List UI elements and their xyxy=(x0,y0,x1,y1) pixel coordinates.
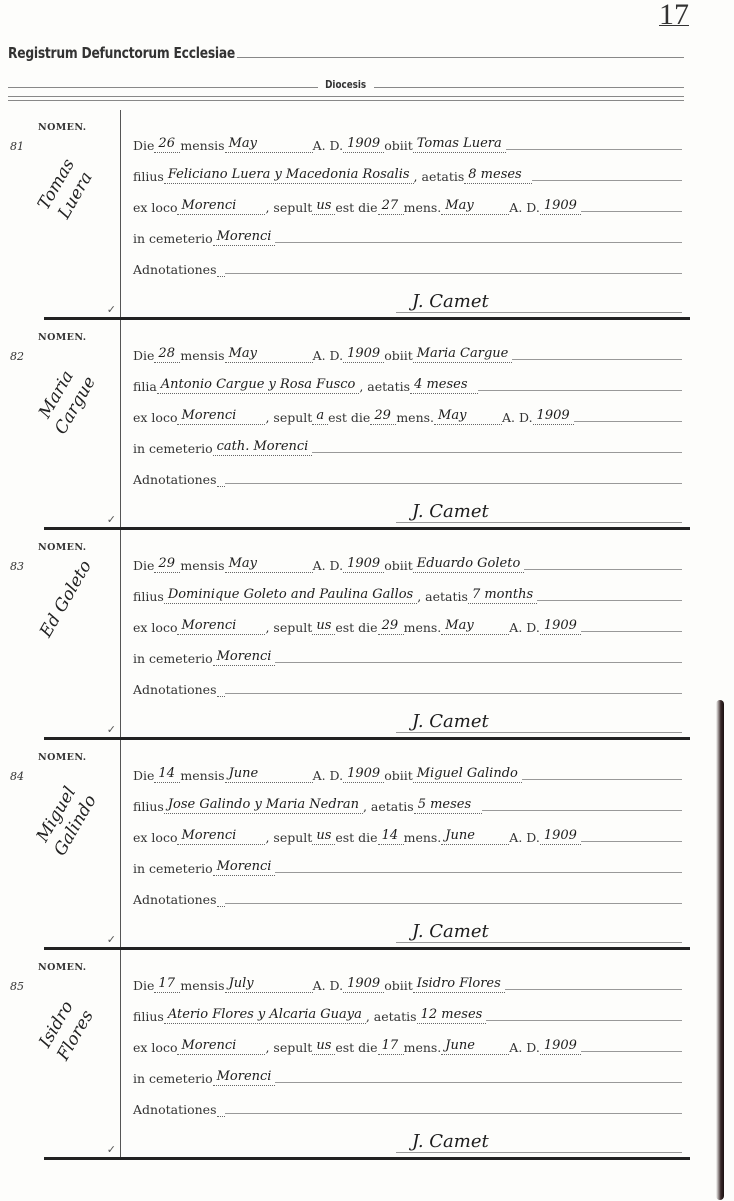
filius-label: filia xyxy=(133,379,157,394)
cemetery-line: in cemeterio Morenci xyxy=(133,635,682,666)
cemetery-line: in cemeterio Morenci xyxy=(133,1055,682,1086)
filius-label: filius xyxy=(133,1009,164,1024)
die-label: Die xyxy=(133,348,154,363)
check-mark-icon: ✓ xyxy=(107,513,116,526)
priest-signature: J. Camet xyxy=(396,711,682,733)
death-year: 1909 xyxy=(343,976,384,993)
est-die-label: est die xyxy=(335,1040,377,1055)
record-fields: Die 28 mensis May A. D. 1909 obiit Maria… xyxy=(133,332,682,523)
sepult-label: , sepult xyxy=(265,1040,312,1055)
parents-names: Aterio Flores y Alcaria Guaya xyxy=(164,1007,366,1024)
death-date-line: Die 17 mensis July A. D. 1909 obiit Isid… xyxy=(133,962,682,993)
burial-day: 29 xyxy=(370,408,396,425)
adnotationes-label: Adnotationes xyxy=(133,472,217,487)
aetatis-label: , aetatis xyxy=(363,799,414,814)
death-day: 28 xyxy=(154,346,180,363)
age: 5 meses xyxy=(414,797,482,814)
name-column: NOMEN. 83 Ed Goleto ✓ xyxy=(8,530,121,740)
obiit-label: obiit xyxy=(384,348,413,363)
annotations-line: Adnotationes xyxy=(133,876,682,907)
page-number: 17 xyxy=(659,0,689,32)
signature-row: J. Camet xyxy=(133,487,682,523)
cemeterio-label: in cemeterio xyxy=(133,231,213,246)
burial-ad-label: A. D. xyxy=(509,1040,540,1055)
aetatis-label: , aetatis xyxy=(359,379,410,394)
nomen-label: NOMEN. xyxy=(38,962,87,973)
place: Morenci xyxy=(177,828,265,845)
burial-line: ex loco Morenci , sepult us est die 14 m… xyxy=(133,814,682,845)
filius-label: filius xyxy=(133,799,164,814)
mensis-label: mensis xyxy=(180,768,224,783)
death-record-entry: NOMEN. 85 Isidro Flores ✓ Die 17 mensis … xyxy=(8,950,690,1160)
ad-label: A. D. xyxy=(313,348,344,363)
mensis-label: mensis xyxy=(180,558,224,573)
burial-line: ex loco Morenci , sepult us est die 27 m… xyxy=(133,184,682,215)
annotations-line: Adnotationes xyxy=(133,666,682,697)
cemeterio-label: in cemeterio xyxy=(133,441,213,456)
signature-row: J. Camet xyxy=(133,1117,682,1153)
sepult-label: , sepult xyxy=(265,620,312,635)
burial-year: 1909 xyxy=(540,1038,581,1055)
death-day: 29 xyxy=(154,556,180,573)
mens-label: mens. xyxy=(396,410,434,425)
cemeterio-label: in cemeterio xyxy=(133,1071,213,1086)
cemeterio-label: in cemeterio xyxy=(133,861,213,876)
ex-loco-label: ex loco xyxy=(133,410,177,425)
cemetery: Morenci xyxy=(213,859,276,876)
place: Morenci xyxy=(177,1038,265,1055)
annotations-line: Adnotationes xyxy=(133,456,682,487)
title-blank-line xyxy=(237,57,684,58)
check-mark-icon: ✓ xyxy=(107,303,116,316)
obiit-label: obiit xyxy=(384,138,413,153)
burial-month: May xyxy=(441,618,509,635)
age: 7 months xyxy=(468,587,537,604)
cemetery: cath. Morenci xyxy=(213,439,313,456)
mens-label: mens. xyxy=(404,200,442,215)
entry-number: 82 xyxy=(10,350,24,363)
cemetery-line: in cemeterio Morenci xyxy=(133,215,682,246)
death-year: 1909 xyxy=(343,136,384,153)
parents-names: Jose Galindo y Maria Nedran xyxy=(164,797,363,814)
margin-name: Miguel Galindo xyxy=(22,766,110,875)
burial-month: May xyxy=(434,408,502,425)
cemetery-line: in cemeterio cath. Morenci xyxy=(133,425,682,456)
register-title: Registrum Defunctorum Ecclesiae xyxy=(8,44,235,62)
aetatis-label: , aetatis xyxy=(417,589,468,604)
parents-names: Feliciano Luera y Macedonia Rosalis xyxy=(164,167,414,184)
age: 8 meses xyxy=(464,167,532,184)
parents-line: filius Feliciano Luera y Macedonia Rosal… xyxy=(133,153,682,184)
cemeterio-label: in cemeterio xyxy=(133,651,213,666)
death-day: 17 xyxy=(154,976,180,993)
burial-ad-label: A. D. xyxy=(509,830,540,845)
check-mark-icon: ✓ xyxy=(107,933,116,946)
record-fields: Die 26 mensis May A. D. 1909 obiit Tomas… xyxy=(133,122,682,313)
record-divider xyxy=(44,1157,690,1160)
death-record-entry: NOMEN. 82 Maria Cargue ✓ Die 28 mensis M… xyxy=(8,320,690,530)
cemetery-line: in cemeterio Morenci xyxy=(133,845,682,876)
margin-name: Ed Goleto xyxy=(31,550,100,648)
place: Morenci xyxy=(177,408,265,425)
death-month: July xyxy=(225,976,313,993)
est-die-label: est die xyxy=(335,830,377,845)
adnotationes-label: Adnotationes xyxy=(133,1102,217,1117)
annotations xyxy=(217,485,225,487)
signature-row: J. Camet xyxy=(133,697,682,733)
diocese-label: Diocesis xyxy=(324,78,368,91)
est-die-label: est die xyxy=(328,410,370,425)
age: 12 meses xyxy=(417,1007,487,1024)
record-fields: Die 29 mensis May A. D. 1909 obiit Eduar… xyxy=(133,542,682,733)
entry-number: 85 xyxy=(10,980,24,993)
burial-day: 29 xyxy=(378,618,404,635)
die-label: Die xyxy=(133,558,154,573)
die-label: Die xyxy=(133,138,154,153)
diocese-row: Diocesis xyxy=(8,78,684,91)
header-rule xyxy=(8,96,684,101)
death-day: 14 xyxy=(154,766,180,783)
mens-label: mens. xyxy=(404,830,442,845)
nomen-label: NOMEN. xyxy=(38,122,87,133)
deceased-name: Maria Cargue xyxy=(413,346,513,363)
entry-number: 83 xyxy=(10,560,24,573)
torn-page-edge xyxy=(716,700,724,1200)
mensis-label: mensis xyxy=(180,978,224,993)
burial-ad-label: A. D. xyxy=(509,200,540,215)
burial-month: June xyxy=(441,1038,509,1055)
parents-names: Antonio Cargue y Rosa Fusco xyxy=(157,377,360,394)
death-month: May xyxy=(225,346,313,363)
filius-label: filius xyxy=(133,169,164,184)
sepult-suffix: us xyxy=(312,1038,335,1055)
sepult-suffix: us xyxy=(312,618,335,635)
death-month: June xyxy=(225,766,313,783)
sepult-label: , sepult xyxy=(265,830,312,845)
sepult-label: , sepult xyxy=(265,410,312,425)
priest-signature: J. Camet xyxy=(396,291,682,313)
deceased-name: Isidro Flores xyxy=(413,976,505,993)
aetatis-label: , aetatis xyxy=(366,1009,417,1024)
est-die-label: est die xyxy=(335,620,377,635)
margin-name: Tomas Luera xyxy=(22,136,110,245)
cemetery: Morenci xyxy=(213,1069,276,1086)
parents-line: filius Dominique Goleto and Paulina Gall… xyxy=(133,573,682,604)
ad-label: A. D. xyxy=(313,768,344,783)
ex-loco-label: ex loco xyxy=(133,1040,177,1055)
parents-line: filia Antonio Cargue y Rosa Fusco , aeta… xyxy=(133,363,682,394)
deceased-name: Eduardo Goleto xyxy=(413,556,525,573)
burial-month: June xyxy=(441,828,509,845)
ad-label: A. D. xyxy=(313,138,344,153)
priest-signature: J. Camet xyxy=(396,1131,682,1153)
death-record-entry: NOMEN. 84 Miguel Galindo ✓ Die 14 mensis… xyxy=(8,740,690,950)
priest-signature: J. Camet xyxy=(396,501,682,523)
diocese-blank-line-left xyxy=(8,87,318,88)
die-label: Die xyxy=(133,768,154,783)
death-month: May xyxy=(225,136,313,153)
death-date-line: Die 26 mensis May A. D. 1909 obiit Tomas… xyxy=(133,122,682,153)
burial-month: May xyxy=(441,198,509,215)
signature-row: J. Camet xyxy=(133,907,682,943)
death-year: 1909 xyxy=(343,766,384,783)
death-year: 1909 xyxy=(343,346,384,363)
burial-line: ex loco Morenci , sepult us est die 17 m… xyxy=(133,1024,682,1055)
place: Morenci xyxy=(177,198,265,215)
mens-label: mens. xyxy=(404,1040,442,1055)
sepult-label: , sepult xyxy=(265,200,312,215)
mens-label: mens. xyxy=(404,620,442,635)
ex-loco-label: ex loco xyxy=(133,200,177,215)
entry-number: 84 xyxy=(10,770,24,783)
burial-day: 17 xyxy=(378,1038,404,1055)
ex-loco-label: ex loco xyxy=(133,620,177,635)
mensis-label: mensis xyxy=(180,348,224,363)
burial-day: 27 xyxy=(378,198,404,215)
death-record-entry: NOMEN. 81 Tomas Luera ✓ Die 26 mensis Ma… xyxy=(8,110,690,320)
entry-number: 81 xyxy=(10,140,24,153)
sepult-suffix: us xyxy=(312,198,335,215)
annotations xyxy=(217,695,225,697)
annotations xyxy=(217,905,225,907)
ad-label: A. D. xyxy=(313,978,344,993)
check-mark-icon: ✓ xyxy=(107,723,116,736)
deceased-name: Miguel Galindo xyxy=(413,766,522,783)
parents-line: filius Jose Galindo y Maria Nedran , aet… xyxy=(133,783,682,814)
die-label: Die xyxy=(133,978,154,993)
adnotationes-label: Adnotationes xyxy=(133,262,217,277)
signature-row: J. Camet xyxy=(133,277,682,313)
diocese-blank-line-right xyxy=(374,87,684,88)
death-date-line: Die 28 mensis May A. D. 1909 obiit Maria… xyxy=(133,332,682,363)
cemetery: Morenci xyxy=(213,229,276,246)
burial-day: 14 xyxy=(378,828,404,845)
death-date-line: Die 29 mensis May A. D. 1909 obiit Eduar… xyxy=(133,542,682,573)
priest-signature: J. Camet xyxy=(396,921,682,943)
record-fields: Die 14 mensis June A. D. 1909 obiit Migu… xyxy=(133,752,682,943)
death-year: 1909 xyxy=(343,556,384,573)
parents-line: filius Aterio Flores y Alcaria Guaya , a… xyxy=(133,993,682,1024)
nomen-label: NOMEN. xyxy=(38,542,87,553)
adnotationes-label: Adnotationes xyxy=(133,892,217,907)
burial-year: 1909 xyxy=(540,198,581,215)
annotations-line: Adnotationes xyxy=(133,1086,682,1117)
annotations xyxy=(217,275,225,277)
burial-year: 1909 xyxy=(540,828,581,845)
adnotationes-label: Adnotationes xyxy=(133,682,217,697)
mensis-label: mensis xyxy=(180,138,224,153)
nomen-label: NOMEN. xyxy=(38,752,87,763)
nomen-label: NOMEN. xyxy=(38,332,87,343)
register-title-row: Registrum Defunctorum Ecclesiae xyxy=(8,44,684,62)
margin-name: Isidro Flores xyxy=(22,976,110,1085)
burial-line: ex loco Morenci , sepult us est die 29 m… xyxy=(133,604,682,635)
burial-year: 1909 xyxy=(533,408,574,425)
filius-label: filius xyxy=(133,589,164,604)
burial-ad-label: A. D. xyxy=(509,620,540,635)
death-day: 26 xyxy=(154,136,180,153)
aetatis-label: , aetatis xyxy=(414,169,465,184)
annotations-line: Adnotationes xyxy=(133,246,682,277)
age: 4 meses xyxy=(410,377,478,394)
death-record-entry: NOMEN. 83 Ed Goleto ✓ Die 29 mensis May … xyxy=(8,530,690,740)
est-die-label: est die xyxy=(335,200,377,215)
burial-ad-label: A. D. xyxy=(502,410,533,425)
death-date-line: Die 14 mensis June A. D. 1909 obiit Migu… xyxy=(133,752,682,783)
cemetery: Morenci xyxy=(213,649,276,666)
death-month: May xyxy=(225,556,313,573)
name-column: NOMEN. 85 Isidro Flores ✓ xyxy=(8,950,121,1160)
check-mark-icon: ✓ xyxy=(107,1143,116,1156)
annotations xyxy=(217,1115,225,1117)
parents-names: Dominique Goleto and Paulina Gallos xyxy=(164,587,417,604)
deceased-name: Tomas Luera xyxy=(413,136,506,153)
name-column: NOMEN. 84 Miguel Galindo ✓ xyxy=(8,740,121,950)
ex-loco-label: ex loco xyxy=(133,830,177,845)
sepult-suffix: us xyxy=(312,828,335,845)
obiit-label: obiit xyxy=(384,768,413,783)
name-column: NOMEN. 82 Maria Cargue ✓ xyxy=(8,320,121,530)
obiit-label: obiit xyxy=(384,978,413,993)
name-column: NOMEN. 81 Tomas Luera ✓ xyxy=(8,110,121,320)
record-fields: Die 17 mensis July A. D. 1909 obiit Isid… xyxy=(133,962,682,1153)
sepult-suffix: a xyxy=(312,408,328,425)
place: Morenci xyxy=(177,618,265,635)
margin-name: Maria Cargue xyxy=(22,346,110,455)
burial-year: 1909 xyxy=(540,618,581,635)
ad-label: A. D. xyxy=(313,558,344,573)
obiit-label: obiit xyxy=(384,558,413,573)
burial-line: ex loco Morenci , sepult a est die 29 me… xyxy=(133,394,682,425)
